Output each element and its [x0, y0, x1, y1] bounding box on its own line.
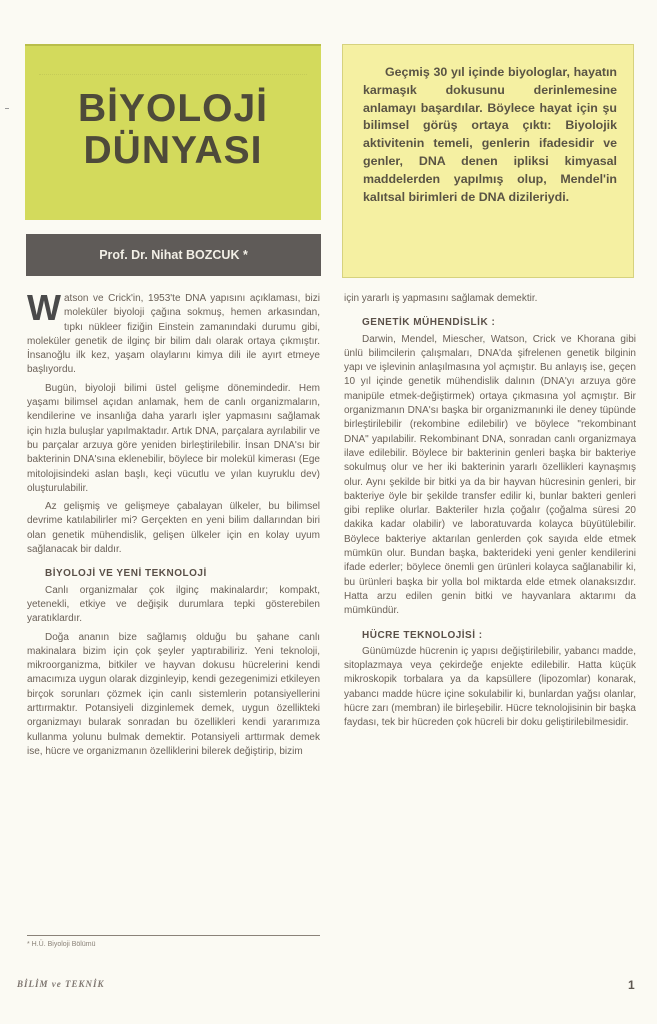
- footnote-divider: [27, 935, 320, 936]
- title-box: BİYOLOJİ DÜNYASI: [25, 44, 321, 220]
- intro-text: atson ve Crick'in, 1953'te DNA yapısını …: [27, 293, 320, 375]
- section-heading-biyoloji-ve-yeni-teknoloji: BİYOLOJİ VE YENİ TEKNOLOJİ: [45, 567, 320, 581]
- drop-cap: W: [27, 294, 61, 322]
- show-through-text: [39, 54, 307, 75]
- margin-mark: [5, 108, 9, 109]
- section-heading-genetik-muhendislik: GENETİK MÜHENDİSLİK :: [362, 316, 636, 330]
- page-number: 1: [628, 978, 635, 992]
- footnote: * H.Ü. Biyoloji Bölümü: [27, 941, 95, 948]
- right-column: için yararlı iş yapmasını sağlamak demek…: [344, 292, 636, 735]
- paragraph: için yararlı iş yapmasını sağlamak demek…: [344, 292, 636, 306]
- section-heading-hucre-teknolojisi: HÜCRE TEKNOLOJİSİ :: [362, 629, 636, 643]
- title-line-1: BİYOLOJİ: [25, 88, 321, 130]
- left-column: Watson ve Crick'in, 1953'te DNA yapısını…: [27, 292, 320, 763]
- title-line-2: DÜNYASI: [25, 130, 321, 172]
- page-title: BİYOLOJİ DÜNYASI: [25, 88, 321, 172]
- paragraph: Doğa ananın bize sağlamış olduğu bu şaha…: [27, 631, 320, 760]
- magazine-name: BİLİM ve TEKNİK: [17, 979, 105, 989]
- paragraph: Canlı organizmalar çok ilginç makinalard…: [27, 584, 320, 627]
- paragraph: Darwin, Mendel, Miescher, Watson, Crick …: [344, 333, 636, 619]
- paragraph: Az gelişmiş ve gelişmeye çabalayan ülkel…: [27, 500, 320, 557]
- pull-quote-box: Geçmiş 30 yıl içinde biyologlar, hayatın…: [342, 44, 634, 278]
- intro-paragraph: Watson ve Crick'in, 1953'te DNA yapısını…: [27, 292, 320, 378]
- author-byline: Prof. Dr. Nihat BOZCUK *: [26, 234, 321, 276]
- pull-quote-text: Geçmiş 30 yıl içinde biyologlar, hayatın…: [363, 64, 617, 206]
- paragraph: Günümüzde hücrenin iç yapısı değiştirile…: [344, 645, 636, 731]
- paragraph: Bugün, biyoloji bilimi üstel gelişme dön…: [27, 382, 320, 496]
